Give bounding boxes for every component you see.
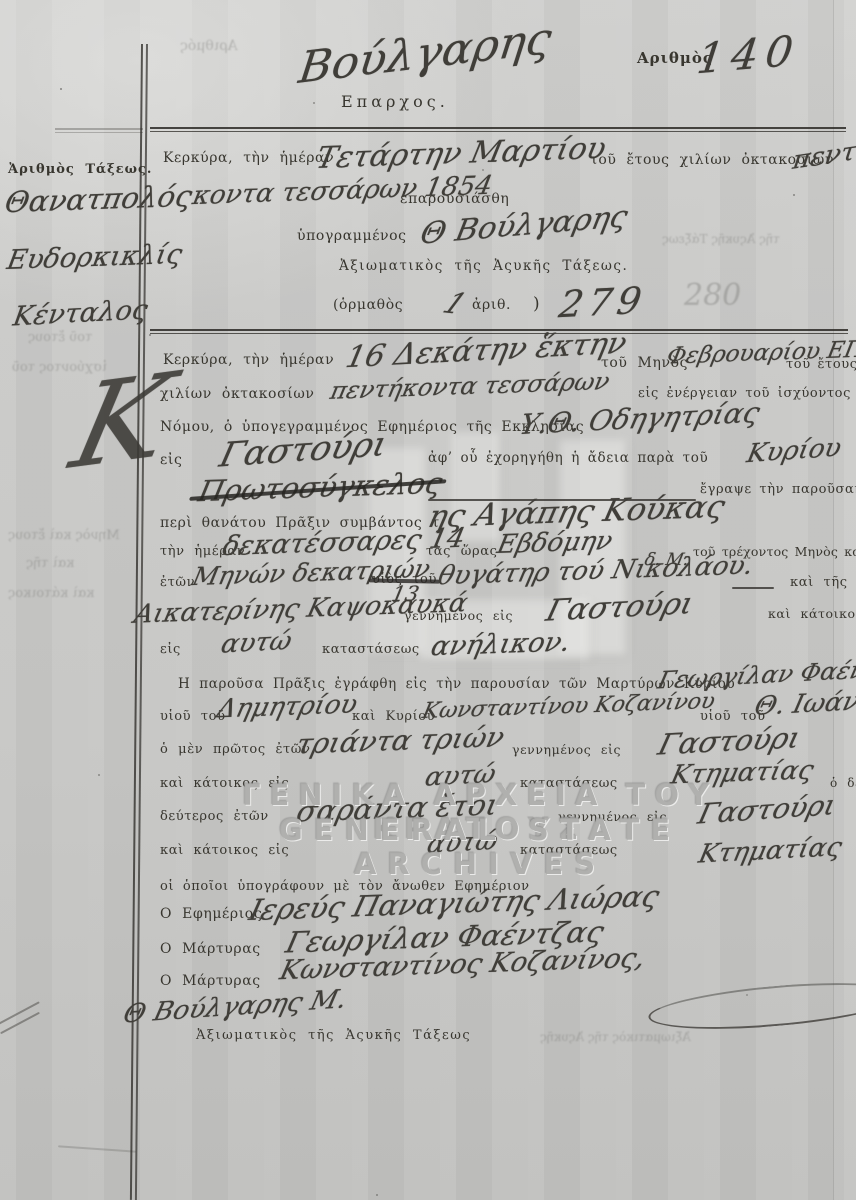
officer-signature-handwritten: Θ Βούλγαρης Μ. xyxy=(120,984,349,1029)
reg-place-date-label: Κερκύρα, τὴν ἡμέραν xyxy=(163,150,334,166)
top-divider-double-rule xyxy=(150,127,846,132)
ghost-text: ἰσχύοντος τοῦ xyxy=(12,360,107,375)
act-permission-by-handwritten: Κυρίου xyxy=(744,433,844,469)
witness1-father-handwritten: Δημητρίου xyxy=(214,690,360,725)
ghost-text: καὶ τῆς xyxy=(26,556,74,571)
witness-intro-clause: Η παροῦσα Πρᾶξις ἐγράφθη εἰς τὴν παρουσί… xyxy=(178,676,735,692)
act-church-handwritten: Υ.Θ. Οδηγητρίας xyxy=(517,396,764,441)
eparch-signature: Βούλγαρης xyxy=(296,13,554,94)
first-witness-birthplace-handwritten: Γαστούρι xyxy=(655,720,805,761)
witness2-signature-label: Ο Μάρτυρας xyxy=(160,973,261,989)
double-slash-mark xyxy=(0,1012,40,1034)
status-handwritten: ανήλικον. xyxy=(428,627,573,663)
batch-value-handwritten: 279 xyxy=(556,279,649,326)
act-year-label: τοῦ ἔτους xyxy=(786,357,856,372)
reg-presented-label: ἐπαρουσιάσθη xyxy=(400,191,509,207)
scan-specks xyxy=(60,88,62,90)
act-hours-label: τὰς ὥρας xyxy=(426,544,498,559)
margin-entry-line2: Ευδορκικλίς xyxy=(5,239,185,276)
at-label: εἰς xyxy=(160,642,181,657)
order-number-label: Ἀριθμὸς Τάξεως. xyxy=(8,162,152,177)
witness1-signature-label: Ο Μάρτυρας xyxy=(160,941,261,957)
archives-watermark-english: GENERAL STATE ARCHIVES xyxy=(158,813,802,881)
resident-label: καὶ κάτοικος xyxy=(768,606,856,621)
act-at-label: εἰς xyxy=(160,452,182,468)
record-number-value: 140 xyxy=(694,26,803,84)
and-of-the-label: καὶ τῆς xyxy=(790,575,848,590)
ghost-number: 280 xyxy=(684,278,741,313)
same-place-handwritten: αυτώ xyxy=(218,626,295,660)
reg-officer-title: Ἀξιωματικὸς τῆς Ἀςυκῆς Τάξεως. xyxy=(339,258,628,274)
status-label: καταστάσεως xyxy=(322,642,420,657)
reg-day-handwritten: Τετάρτην Μαρτίου xyxy=(313,131,609,176)
act-place-date-label: Κερκύρα, τὴν ἡμέραν xyxy=(163,352,334,368)
witness2-father-handwritten: Θ. Ιωάννου xyxy=(751,684,856,722)
officer-title-bottom: Ἀξιωματικὸς τῆς Ἀςυκῆς Τάξεως xyxy=(196,1028,471,1043)
ghost-text: Αριθμός xyxy=(180,38,238,54)
ghost-text: καὶ κάτοικος xyxy=(8,586,94,601)
ghost-text: Μηνὸς καὶ ἔτους xyxy=(8,528,120,543)
witness2-name-handwritten: Κωνσταντίνου Κοζανίνου xyxy=(420,689,717,724)
top-divider-faint-left xyxy=(55,128,143,133)
margin-entry-line1: Θανατπολός xyxy=(2,179,195,219)
born-at-label: γεννημένος εἰς xyxy=(404,608,513,623)
signature-flourish xyxy=(647,975,856,1037)
ghost-text: τῆς Ἀςυκῆς Τάξεως xyxy=(662,232,780,246)
born-at-label2: γεννημένος εἰς xyxy=(512,742,621,757)
scan-mark xyxy=(58,1145,136,1152)
blank-filler-dash xyxy=(732,587,774,589)
first-witness-age-label: ὁ μὲν πρῶτος ἐτῶν xyxy=(160,742,311,757)
first-witness-age-handwritten: τριάντα τριών xyxy=(293,720,507,760)
batch-number-handwritten: 1 xyxy=(437,286,472,321)
reg-officer-signature: Θ Βούλγαρης xyxy=(417,199,630,251)
birthplace-handwritten: Γαστούρι xyxy=(543,586,698,628)
page-right-edge xyxy=(833,0,856,1200)
margin-entry-line3: Κένταλος xyxy=(11,295,150,333)
scanned-death-record-page: Βούλγαρης Επαρχος. Αριθμὸς 140 Ἀριθμὸς Τ… xyxy=(0,0,856,1200)
batch-close-paren: ) xyxy=(533,294,540,314)
ghost-text: Ἀξιωματικὸς τῆς Ἀςυκῆς xyxy=(540,1030,691,1044)
eparch-title: Επαρχος. xyxy=(341,92,449,111)
batch-arith-label: ἀριθ. xyxy=(472,297,511,313)
death-hour-handwritten: Εβδόμην xyxy=(494,526,615,560)
act-year-printed: χιλίων ὀκτακοσίων xyxy=(160,386,314,402)
act-permission-clause: ἀφ’ οὗ ἐχορηγήθη ἡ ἄδεια παρὰ τοῦ xyxy=(428,450,708,466)
reg-undersigned-label: ὑπογραμμένος xyxy=(297,228,407,244)
batch-open-paren: (ὁρμαθὸς xyxy=(333,297,403,313)
ghost-text: τοῦ ἔτους xyxy=(28,330,92,345)
